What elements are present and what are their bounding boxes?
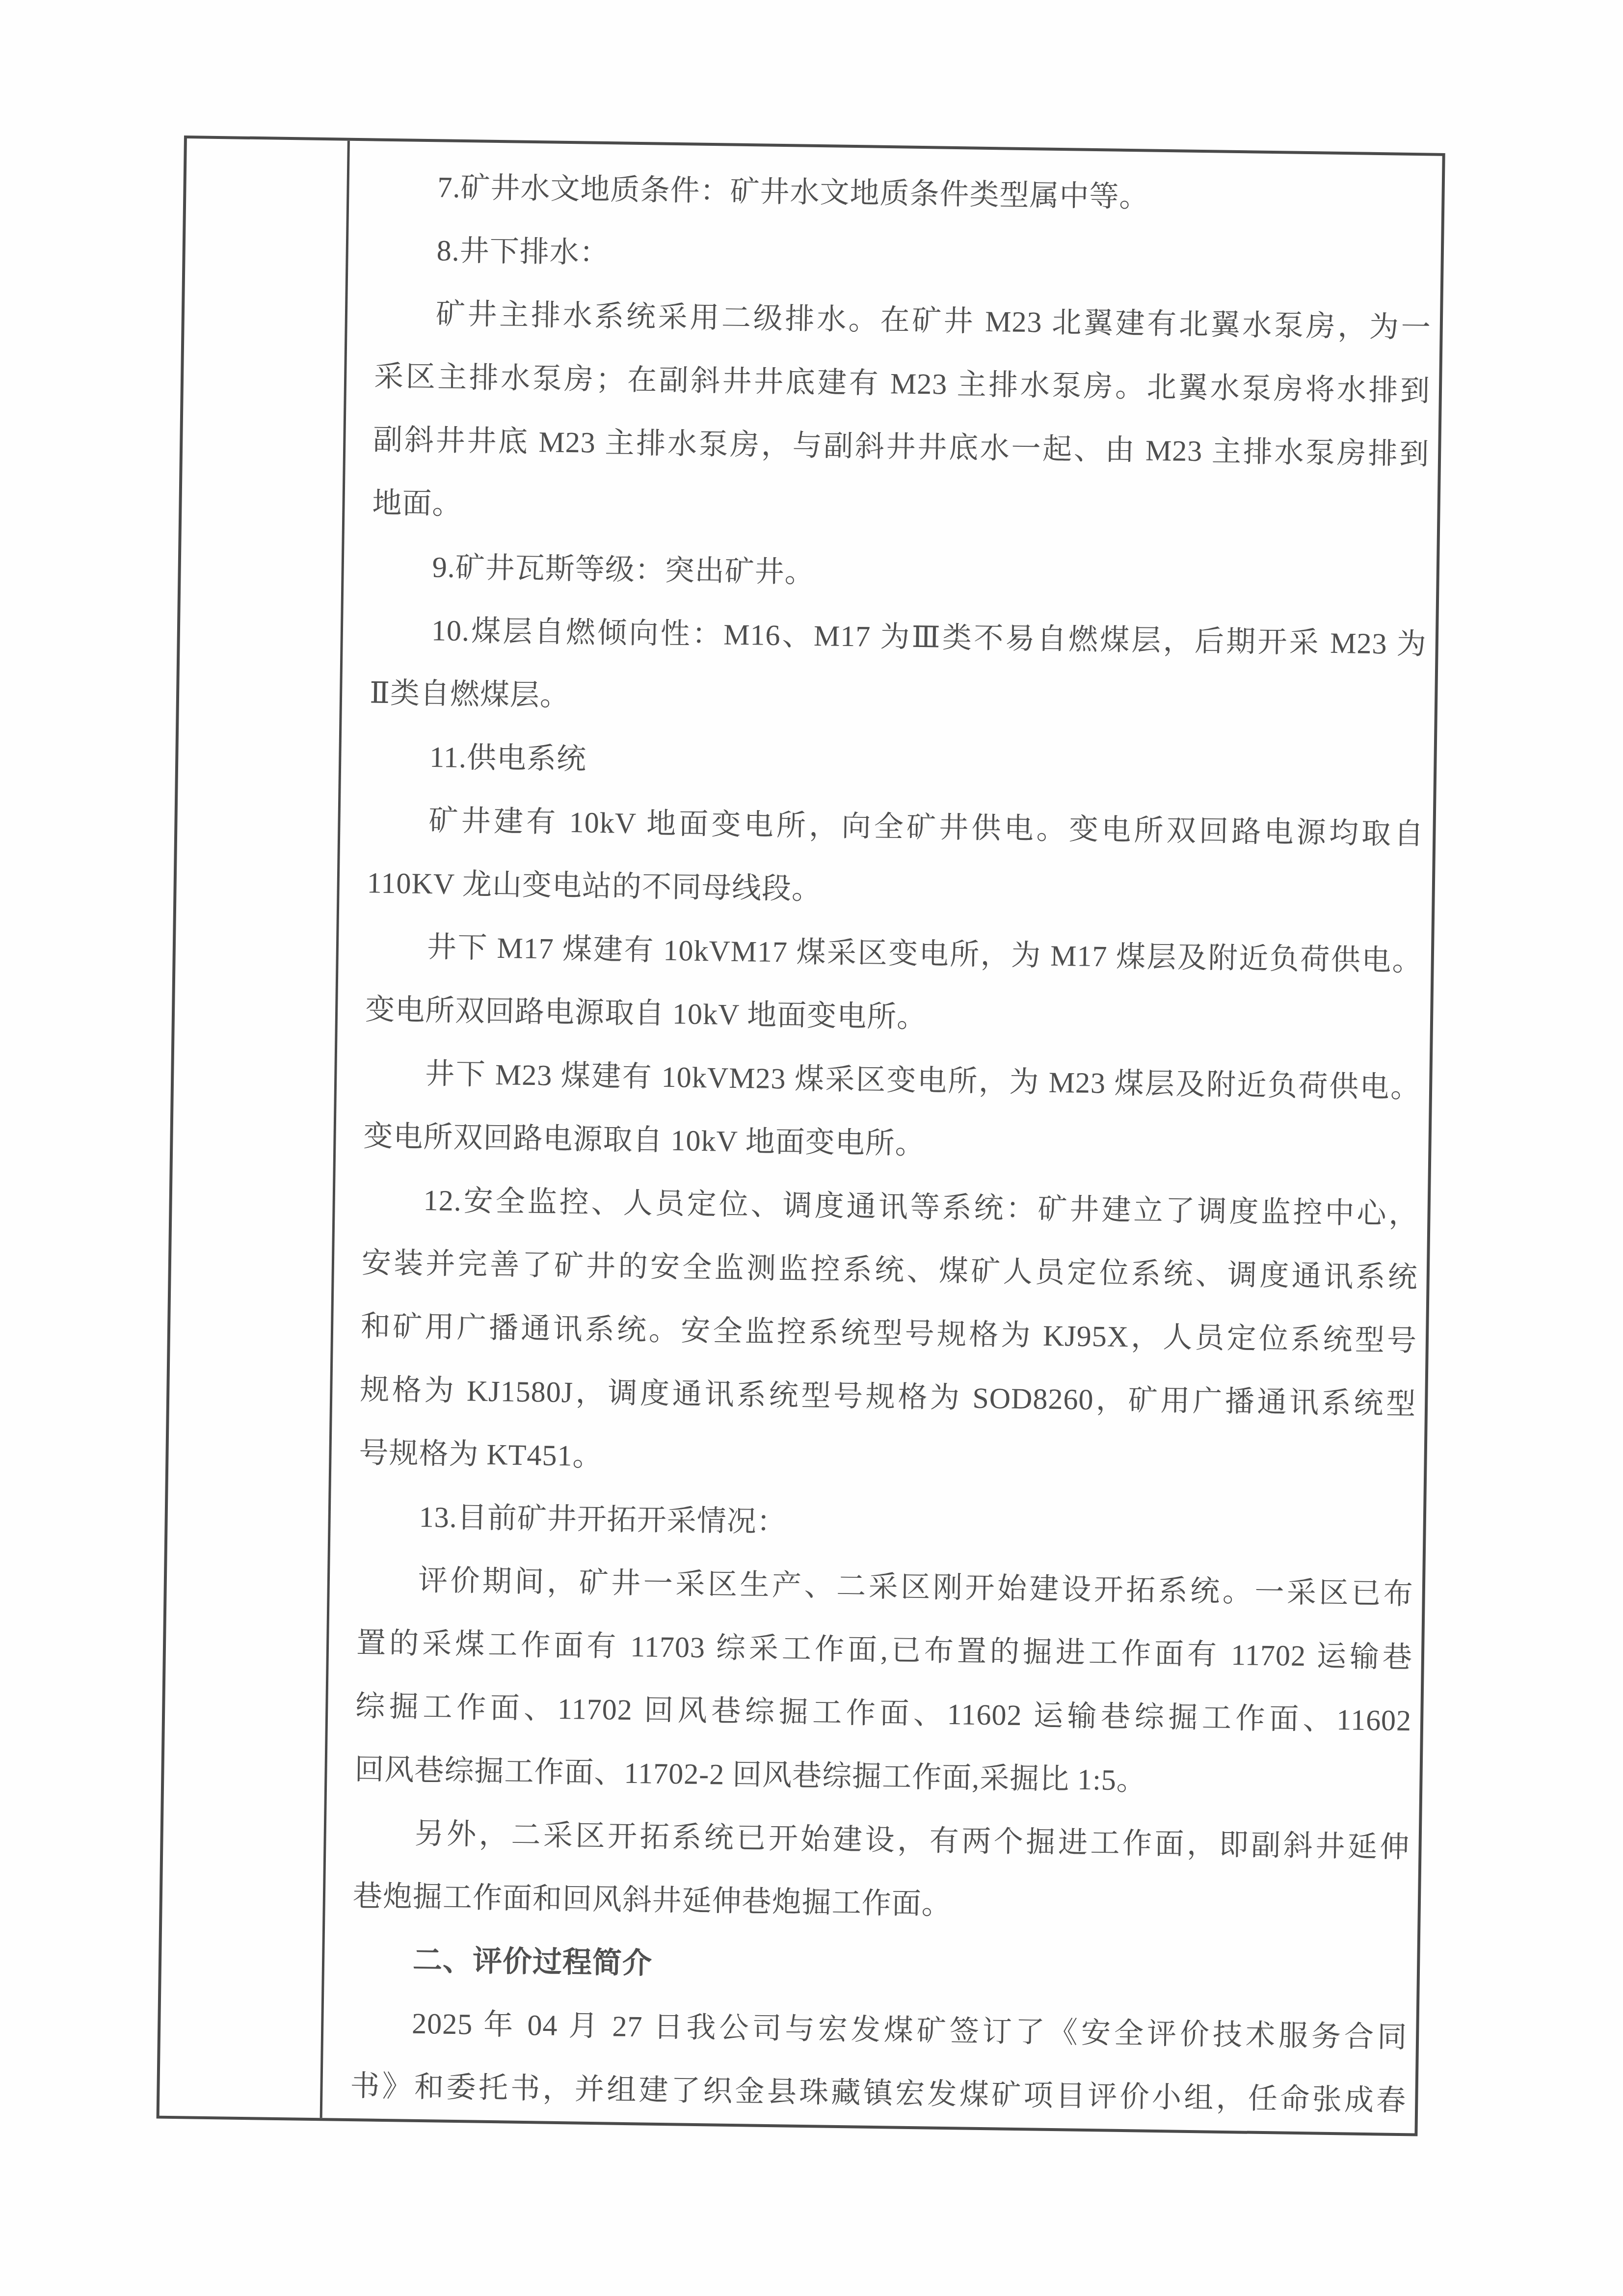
scanned-page: 7.矿井水文地质条件：矿井水文地质条件类型属中等。8.井下排水：矿井主排水系统采… [0,0,1623,2296]
table-left-column-cell [160,138,350,2118]
table-content-cell: 7.矿井水文地质条件：矿井水文地质条件类型属中等。8.井下排水：矿井主排水系统采… [322,141,1442,2134]
content-table: 7.矿井水文地质条件：矿井水文地质条件类型属中等。8.井下排水：矿井主排水系统采… [157,135,1445,2136]
